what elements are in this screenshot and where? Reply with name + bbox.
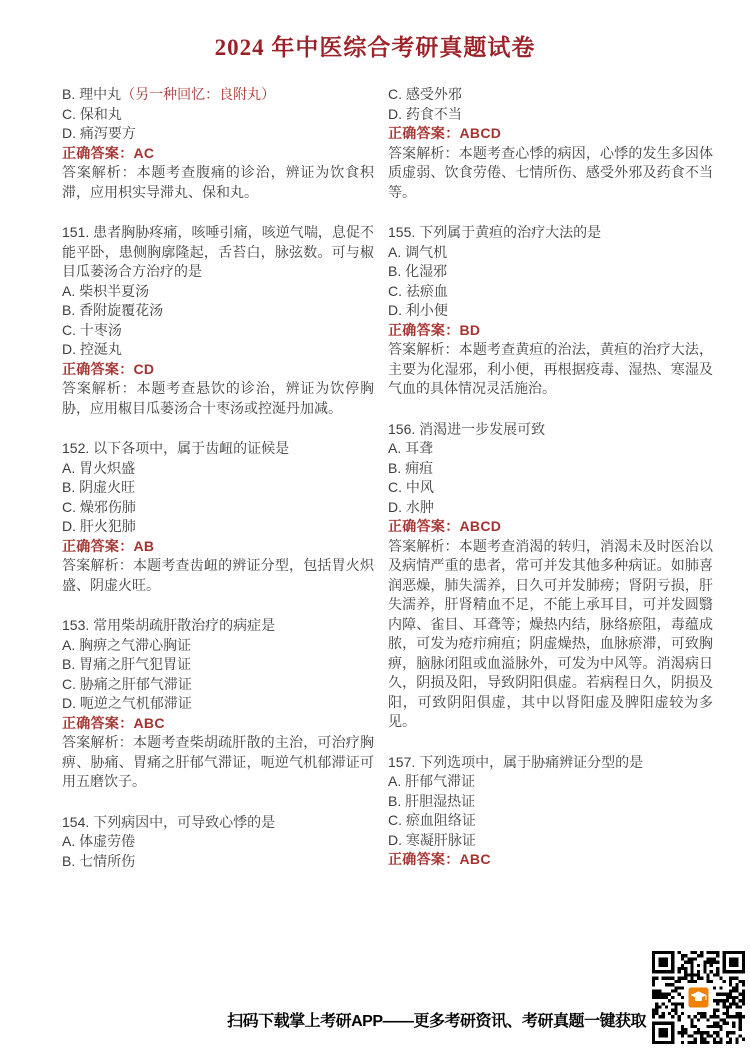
qr-code — [652, 951, 745, 1044]
correct-answer: 正确答案：ABCD — [388, 517, 713, 537]
answer-analysis: 答案解析：本题考查柴胡疏肝散的主治，可治疗胸痹、胁痛、胃痛之肝郁气滞证，呃逆气机… — [62, 733, 374, 792]
option-C: C. 感受外邪 — [388, 85, 713, 105]
correct-answer-label: 正确答案： — [62, 715, 134, 731]
option-B: B. 七情所伤 — [62, 852, 374, 872]
option-D: D. 呃逆之气机郁滞证 — [62, 694, 374, 714]
correct-answer-label: 正确答案： — [388, 851, 460, 867]
correct-answer-letters: AB — [134, 538, 155, 554]
question-stem: 153. 常用柴胡疏肝散治疗的病症是 — [62, 616, 374, 636]
option-C: C. 十枣汤 — [62, 321, 374, 341]
option-D: D. 控涎丸 — [62, 340, 374, 360]
page-title: 2024 年中医综合考研真题试卷 — [0, 0, 750, 63]
option-A: A. 肝郁气滞证 — [388, 772, 713, 792]
option-A: A. 柴枳半夏汤 — [62, 282, 374, 302]
correct-answer-label: 正确答案： — [62, 361, 134, 377]
graduation-cap-logo — [688, 987, 709, 1008]
question-154-continued: C. 感受外邪D. 药食不当正确答案：ABCD答案解析：本题考查心悸的病因，心悸… — [388, 85, 713, 202]
question-stem: 151. 患者胸胁疼痛，咳唾引痛，咳逆气喘，息促不能平卧，患侧胸廓隆起，舌苔白，… — [62, 223, 374, 282]
correct-answer-label: 正确答案： — [388, 518, 460, 534]
correct-answer: 正确答案：AB — [62, 537, 374, 557]
correct-answer-letters: ABCD — [460, 518, 502, 534]
option-D: D. 肝火犯肺 — [62, 517, 374, 537]
correct-answer-label: 正确答案： — [62, 538, 134, 554]
question-155: 155. 下列属于黄疸的治疗大法的是A. 调气机B. 化湿邪C. 祛瘀血D. 利… — [388, 223, 713, 399]
option-B: B. 阴虚火旺 — [62, 478, 374, 498]
question-stem: 154. 下列病因中，可导致心悸的是 — [62, 813, 374, 833]
footer-caption: 扫码下载掌上考研APP——更多考研资讯、考研真题一键获取 — [227, 1012, 646, 1032]
correct-answer: 正确答案：AC — [62, 144, 374, 164]
option-B: B. 肝胆湿热证 — [388, 792, 713, 812]
correct-answer-letters: ABCD — [460, 125, 502, 141]
option-C: C. 祛瘀血 — [388, 282, 713, 302]
question-stem: 156. 消渴进一步发展可致 — [388, 420, 713, 440]
option-B: B. 痈疽 — [388, 459, 713, 479]
option-B: B. 化湿邪 — [388, 262, 713, 282]
correct-answer-letters: BD — [460, 322, 481, 338]
option-A: A. 耳聋 — [388, 439, 713, 459]
option-C: C. 中风 — [388, 478, 713, 498]
option-D: D. 药食不当 — [388, 105, 713, 125]
option-B: B. 理中丸（另一种回忆：良附丸） — [62, 85, 374, 105]
exam-page: 2024 年中医综合考研真题试卷 B. 理中丸（另一种回忆：良附丸）C. 保和丸… — [0, 0, 750, 1061]
option-C: C. 瘀血阻络证 — [388, 811, 713, 831]
option-B: B. 香附旋覆花汤 — [62, 301, 374, 321]
answer-analysis: 答案解析：本题考查心悸的病因，心悸的发生多因体质虚弱、饮食劳倦、七情所伤、感受外… — [388, 144, 713, 203]
question-stem: 157. 下列选项中，属于胁痛辨证分型的是 — [388, 753, 713, 773]
correct-answer: 正确答案：CD — [62, 360, 374, 380]
option-D: D. 痛泻要方 — [62, 124, 374, 144]
answer-analysis: 答案解析：本题考查齿衄的辨证分型，包括胃火炽盛、阴虚火旺。 — [62, 556, 374, 595]
correct-answer-label: 正确答案： — [62, 145, 134, 161]
question-152: 152. 以下各项中，属于齿衄的证候是A. 胃火炽盛B. 阴虚火旺C. 燥邪伤肺… — [62, 439, 374, 595]
qr-code-svg — [652, 951, 745, 1044]
question-stem: 152. 以下各项中，属于齿衄的证候是 — [62, 439, 374, 459]
correct-answer: 正确答案：ABCD — [388, 124, 713, 144]
option-D: D. 寒凝肝脉证 — [388, 831, 713, 851]
option-B: B. 胃痛之肝气犯胃证 — [62, 655, 374, 675]
correct-answer: 正确答案：ABC — [62, 714, 374, 734]
option-A: A. 调气机 — [388, 243, 713, 263]
content-columns: B. 理中丸（另一种回忆：良附丸）C. 保和丸D. 痛泻要方正确答案：AC答案解… — [62, 85, 713, 892]
answer-analysis: 答案解析：本题考查悬饮的诊治，辨证为饮停胸胁，应用椒目瓜蒌汤合十枣汤或控涎丹加减… — [62, 379, 374, 418]
question-153: 153. 常用柴胡疏肝散治疗的病症是A. 胸痹之气滞心胸证B. 胃痛之肝气犯胃证… — [62, 616, 374, 792]
option-D: D. 利小便 — [388, 301, 713, 321]
option-A: A. 体虚劳倦 — [62, 832, 374, 852]
correct-answer-label: 正确答案： — [388, 125, 460, 141]
correct-answer-label: 正确答案： — [388, 322, 460, 338]
correct-answer-letters: CD — [134, 361, 155, 377]
option-D: D. 水肿 — [388, 498, 713, 518]
left-column: B. 理中丸（另一种回忆：良附丸）C. 保和丸D. 痛泻要方正确答案：AC答案解… — [62, 85, 374, 892]
correct-answer-letters: ABC — [460, 851, 491, 867]
question-150-continued: B. 理中丸（另一种回忆：良附丸）C. 保和丸D. 痛泻要方正确答案：AC答案解… — [62, 85, 374, 202]
correct-answer-letters: AC — [134, 145, 155, 161]
correct-answer: 正确答案：BD — [388, 321, 713, 341]
correct-answer-letters: ABC — [134, 715, 165, 731]
option-A: A. 胸痹之气滞心胸证 — [62, 636, 374, 656]
question-156: 156. 消渴进一步发展可致A. 耳聋B. 痈疽C. 中风D. 水肿正确答案：A… — [388, 420, 713, 732]
option-C: C. 保和丸 — [62, 105, 374, 125]
right-column: C. 感受外邪D. 药食不当正确答案：ABCD答案解析：本题考查心悸的病因，心悸… — [388, 85, 713, 892]
answer-analysis: 答案解析：本题考查腹痛的诊治，辨证为饮食积滞，应用枳实导滞丸、保和丸。 — [62, 163, 374, 202]
question-154: 154. 下列病因中，可导致心悸的是A. 体虚劳倦B. 七情所伤 — [62, 813, 374, 872]
option-C: C. 胁痛之肝郁气滞证 — [62, 675, 374, 695]
question-stem: 155. 下列属于黄疸的治疗大法的是 — [388, 223, 713, 243]
correct-answer: 正确答案：ABC — [388, 850, 713, 870]
answer-analysis: 答案解析：本题考查黄疸的治法，黄疸的治疗大法，主要为化湿邪，利小便，再根据疫毒、… — [388, 340, 713, 399]
question-151: 151. 患者胸胁疼痛，咳唾引痛，咳逆气喘，息促不能平卧，患侧胸廓隆起，舌苔白，… — [62, 223, 374, 418]
answer-analysis: 答案解析：本题考查消渴的转归，消渴未及时医治以及病情严重的患者，常可并发其他多种… — [388, 537, 713, 732]
question-157: 157. 下列选项中，属于胁痛辨证分型的是A. 肝郁气滞证B. 肝胆湿热证C. … — [388, 753, 713, 870]
option-A: A. 胃火炽盛 — [62, 459, 374, 479]
option-C: C. 燥邪伤肺 — [62, 498, 374, 518]
recall-note: （另一种回忆：良附丸） — [121, 86, 275, 102]
